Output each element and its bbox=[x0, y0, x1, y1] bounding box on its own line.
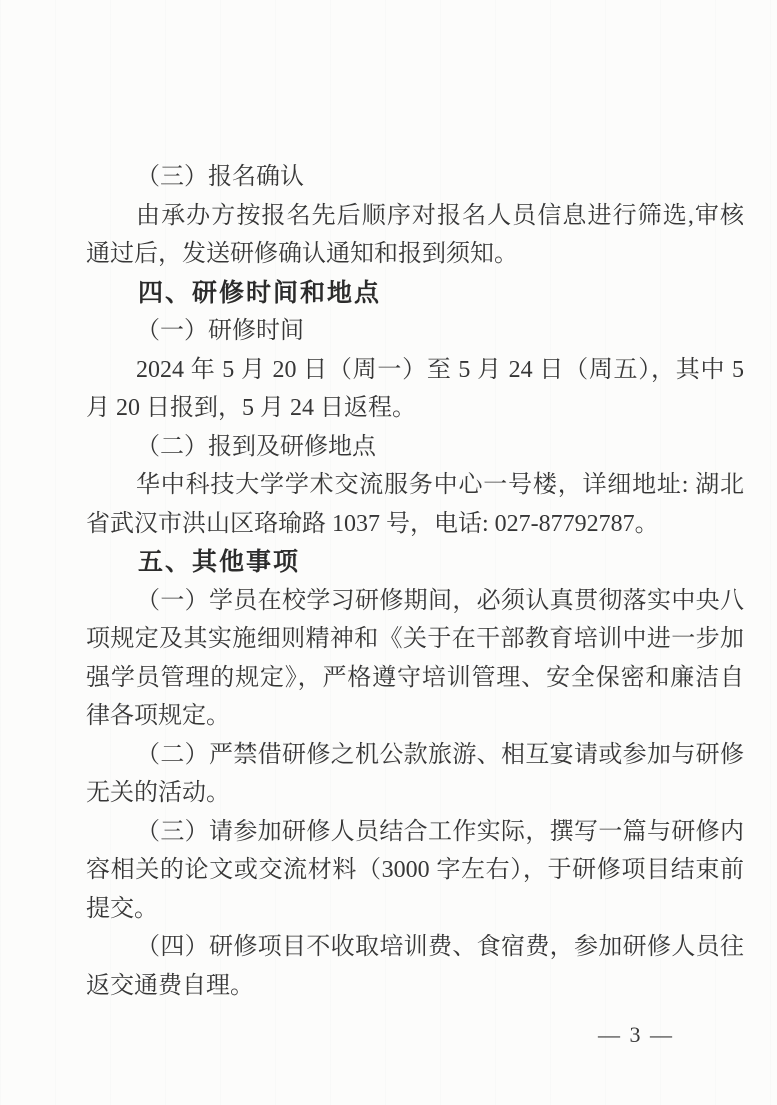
page-number: — 3 — bbox=[598, 1022, 674, 1048]
text-line: 容相关的论文或交流材料（3000 字左右），于研修项目结束前 bbox=[86, 851, 744, 890]
text-line: （一）学员在校学习研修期间，必须认真贯彻落实中央八 bbox=[86, 582, 744, 621]
text-line: 2024 年 5 月 20 日（周一）至 5 月 24 日（周五），其中 5 bbox=[86, 351, 744, 390]
text-line: 华中科技大学学术交流服务中心一号楼，详细地址: 湖北 bbox=[86, 466, 744, 505]
text-line: 律各项规定。 bbox=[86, 697, 744, 736]
document-page: （三）报名确认 由承办方按报名先后顺序对报名人员信息进行筛选,审核 通过后，发送… bbox=[0, 0, 777, 1105]
text-line: 月 20 日报到，5 月 24 日返程。 bbox=[86, 389, 744, 428]
text-line: 通过后，发送研修确认通知和报到须知。 bbox=[86, 235, 744, 274]
text-line: 项规定及其实施细则精神和《关于在干部教育培训中进一步加 bbox=[86, 620, 744, 659]
text-line: （一）研修时间 bbox=[86, 312, 744, 351]
text-line: （三）请参加研修人员结合工作实际，撰写一篇与研修内 bbox=[86, 813, 744, 852]
text-line: （三）报名确认 bbox=[86, 158, 744, 197]
text-line: （四）研修项目不收取培训费、食宿费，参加研修人员往 bbox=[86, 928, 744, 967]
section-heading-4: 四、研修时间和地点 bbox=[86, 274, 744, 313]
text-line: （二）严禁借研修之机公款旅游、相互宴请或参加与研修 bbox=[86, 736, 744, 775]
text-line: （二）报到及研修地点 bbox=[86, 428, 744, 467]
text-line: 省武汉市洪山区珞瑜路 1037 号，电话: 027-87792787。 bbox=[86, 505, 744, 544]
text-line: 提交。 bbox=[86, 890, 744, 929]
text-line: 强学员管理的规定》，严格遵守培训管理、安全保密和廉洁自 bbox=[86, 659, 744, 698]
text-line: 由承办方按报名先后顺序对报名人员信息进行筛选,审核 bbox=[86, 197, 744, 236]
section-heading-5: 五、其他事项 bbox=[86, 543, 744, 582]
text-line: 返交通费自理。 bbox=[86, 967, 744, 1006]
document-body: （三）报名确认 由承办方按报名先后顺序对报名人员信息进行筛选,审核 通过后，发送… bbox=[86, 158, 744, 1005]
text-line: 无关的活动。 bbox=[86, 774, 744, 813]
